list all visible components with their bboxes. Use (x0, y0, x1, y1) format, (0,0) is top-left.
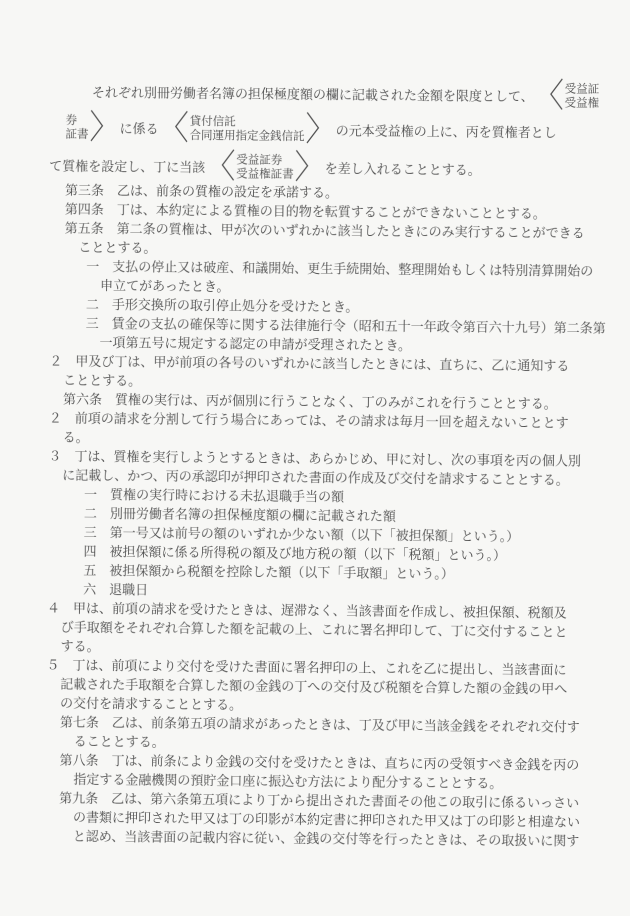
stacked-alternative-line: 受益証 (565, 82, 600, 97)
angle-bracket-open-icon: 〈 (205, 150, 236, 185)
stacked-alternative-line: 受益証券 (236, 153, 294, 168)
stacked-alternative-line: 証書 (65, 128, 88, 143)
text-segment: 第三条 乙は、前条の質権の設定を承諾する。 (65, 181, 338, 203)
text-segment: に係る (120, 119, 159, 138)
text-line: それぞれ別冊労働者名簿の担保極度額の欄に記載された金額を限度として、〈受益証受益… (92, 74, 600, 115)
text-segment: それぞれ別冊労働者名簿の担保極度額の欄に記載された金額を限度として、 (92, 82, 534, 105)
text-segment: こととする。 (63, 371, 141, 391)
stacked-alternative-line: 貸付信託 (190, 114, 305, 130)
text-segment: を差し入れることとする。 (325, 159, 481, 179)
text-line: する。 (61, 637, 100, 656)
angle-bracket-close-icon: 〉 (88, 111, 119, 146)
stacked-alternatives: 受益証受益権 (565, 82, 600, 111)
stacked-alternatives: 券証書 (65, 113, 88, 142)
text-line: 一 質権の実行時における未払退職手当の額 (84, 485, 344, 506)
text-segment: と認め、当該書面の記載内容に従い、金銭の交付等を行ったときは、その取扱いに関す (73, 827, 580, 851)
stacked-alternative-line: 合同運用指定金銭信託 (190, 129, 305, 145)
text-line: こととする。 (78, 238, 156, 258)
text-line: 第三条 乙は、前条の質権の設定を承諾する。 (65, 181, 338, 203)
angle-bracket-open-icon: 〈 (534, 79, 565, 114)
angle-bracket-close-icon: 〉 (304, 113, 335, 148)
text-segment: ることとする。 (74, 732, 165, 752)
text-line: び手取額をそれぞれ合算した額を記載の上、これに署名押印して、丁に交付することと (61, 618, 568, 642)
text-segment: 六 退職日 (83, 580, 148, 600)
text-segment: て質権を設定し、丁に当該 (49, 156, 205, 176)
text-segment: の交付を請求することとする。 (60, 694, 242, 715)
text-line: る。 (63, 428, 89, 447)
text-line: 申立てがあったとき。 (100, 276, 230, 296)
stacked-alternatives: 貸付信託合同運用指定金銭信託 (190, 114, 305, 144)
angle-bracket-open-icon: 〈 (158, 111, 189, 146)
document-text-block: それぞれ別冊労働者名簿の担保極度額の欄に記載された金額を限度として、〈受益証受益… (0, 0, 630, 916)
stacked-alternative-line: 券 (66, 113, 89, 128)
text-line: の交付を請求することとする。 (60, 694, 242, 715)
text-segment: ２ 前項の請求を分割して行う場合にあっては、その請求は毎月一回を超えないこととす (49, 408, 569, 432)
text-segment: する。 (61, 637, 100, 656)
text-segment: こととする。 (78, 238, 156, 258)
text-segment: び手取額をそれぞれ合算した額を記載の上、これに署名押印して、丁に交付することと (61, 618, 568, 642)
stacked-alternative-line: 受益権証書 (236, 167, 294, 182)
document-page: それぞれ別冊労働者名簿の担保極度額の欄に記載された金額を限度として、〈受益証受益… (0, 0, 630, 916)
text-line: ２ 前項の請求を分割して行う場合にあっては、その請求は毎月一回を超えないこととす (49, 408, 569, 432)
angle-bracket-close-icon: 〉 (294, 151, 325, 186)
text-line: 券証書〉に係る〈貸付信託合同運用指定金銭信託〉の元本受益権の上に、丙を質権者とし (65, 110, 556, 151)
text-line: と認め、当該書面の記載内容に従い、金銭の交付等を行ったときは、その取扱いに関す (73, 827, 580, 851)
text-segment: 一 質権の実行時における未払退職手当の額 (84, 485, 344, 506)
text-segment: る。 (63, 428, 89, 447)
text-line: ることとする。 (74, 732, 165, 752)
text-segment: 申立てがあったとき。 (100, 276, 230, 296)
text-line: 六 退職日 (83, 580, 148, 600)
text-segment: の元本受益権の上に、丙を質権者とし (336, 121, 557, 142)
text-segment: 二 手形交換所の取引停止処分を受けたとき。 (86, 295, 359, 317)
text-line: こととする。 (63, 371, 141, 391)
stacked-alternatives: 受益証券受益権証書 (236, 153, 294, 183)
text-line: 二 手形交換所の取引停止処分を受けたとき。 (86, 295, 359, 317)
stacked-alternative-line: 受益権 (565, 96, 600, 111)
